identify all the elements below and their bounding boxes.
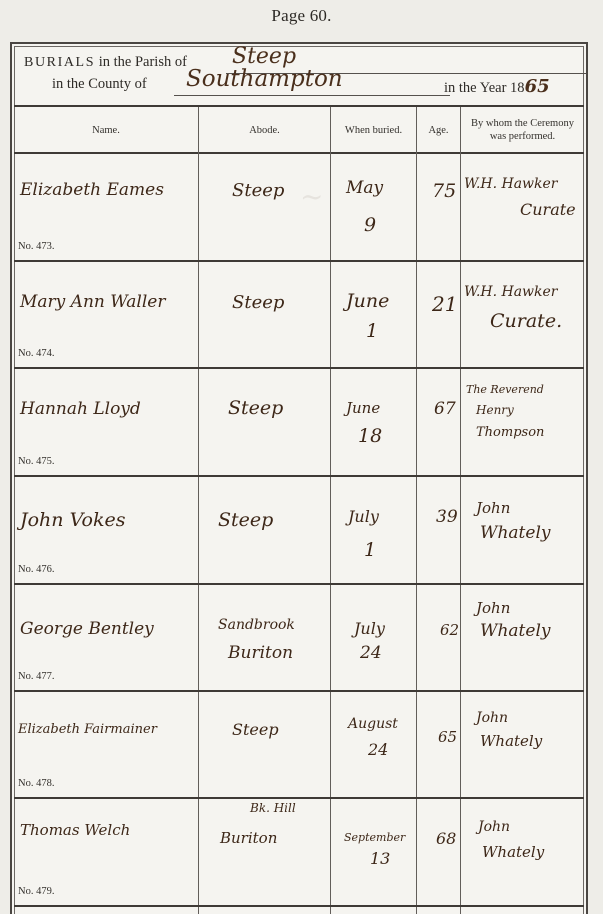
entry-abode: Steep xyxy=(232,180,284,201)
entry-officiant-line2: Whately xyxy=(480,621,551,641)
page-number: Page 60. xyxy=(0,6,603,26)
parish-line: BURIALS in the Parish of xyxy=(24,54,187,71)
entry-month: August xyxy=(348,716,398,732)
entry-number: No. 479. xyxy=(18,886,54,897)
county-fill-line xyxy=(174,95,450,96)
entry-age: 75 xyxy=(432,180,456,202)
column-header-when-buried: When buried. xyxy=(331,108,416,152)
entry-number: No. 474. xyxy=(18,348,54,359)
county-label: in the County of xyxy=(52,76,147,93)
entry-age: 21 xyxy=(432,292,457,316)
title-divider xyxy=(14,105,584,107)
entry-day: 18 xyxy=(358,425,382,447)
entry-abode: Steep xyxy=(232,292,284,313)
entry-name: Mary Ann Waller xyxy=(20,292,165,312)
entry-month: July xyxy=(354,619,385,638)
burial-entry-475: Hannah Lloyd No. 475. Steep June 18 67 T… xyxy=(14,369,584,475)
county-value: Southampton xyxy=(186,66,343,92)
entry-officiant-line1: John xyxy=(476,599,510,617)
year-value: 65 xyxy=(525,76,550,97)
entry-name: John Vokes xyxy=(20,509,126,531)
entry-abode: Steep xyxy=(218,509,273,531)
column-header-abode: Abode. xyxy=(199,108,330,152)
entry-officiant-line1: John xyxy=(476,499,510,517)
column-header-officiant: By whom the Ceremony was performed. xyxy=(461,108,584,152)
year-prefix: in the Year 18 xyxy=(444,80,525,96)
entry-officiant-line1: W.H. Hawker xyxy=(464,176,558,192)
entry-officiant-line2: Whately xyxy=(482,843,544,861)
entry-officiant-line2: Henry xyxy=(476,403,514,417)
entry-abode: Steep xyxy=(232,720,279,739)
entry-number: No. 476. xyxy=(18,564,54,575)
burial-entry-478: Elizabeth Fairmainer No. 478. Steep Augu… xyxy=(14,692,584,797)
entry-officiant-line1: John xyxy=(478,819,510,835)
entry-age: 65 xyxy=(438,728,457,746)
entry-name: Elizabeth Eames xyxy=(20,180,164,200)
entry-number: No. 477. xyxy=(18,671,54,682)
entry-abode: Buriton xyxy=(220,829,277,847)
entry-month: September xyxy=(344,831,405,844)
entry-age: 67 xyxy=(434,399,456,419)
entry-abode: Sandbrook xyxy=(218,617,295,633)
entry-age: 62 xyxy=(440,621,459,639)
row-divider xyxy=(14,905,584,907)
entry-abode: Steep xyxy=(228,397,283,419)
entry-abode-above: Bk. Hill xyxy=(250,801,296,815)
burial-entry-476: John Vokes No. 476. Steep July 1 39 John… xyxy=(14,477,584,583)
entry-name: Elizabeth Fairmainer xyxy=(18,722,157,737)
entry-number: No. 473. xyxy=(18,241,54,252)
entry-month: June xyxy=(346,290,389,312)
column-header-age: Age. xyxy=(417,108,460,152)
entry-month: June xyxy=(346,399,380,417)
entry-officiant-line1: John xyxy=(476,710,508,726)
entry-officiant-line3: Thompson xyxy=(476,425,544,440)
entry-month: July xyxy=(348,507,379,526)
entry-name: George Bentley xyxy=(20,619,154,639)
register-title: BURIALS in the Parish of Steep in the Co… xyxy=(14,46,584,106)
officiant-header-line2: was performed. xyxy=(490,130,555,143)
entry-day: 24 xyxy=(360,643,382,663)
entry-officiant-line2: Curate xyxy=(520,200,576,219)
entry-officiant-line1: W.H. Hawker xyxy=(464,284,558,300)
burial-entry-473: Elizabeth Eames No. 473. Steep May 9 75 … xyxy=(14,154,584,260)
entry-day: 1 xyxy=(366,320,378,342)
burials-heading: BURIALS xyxy=(24,55,95,70)
entry-day: 1 xyxy=(364,539,376,561)
entry-officiant-line2: Whately xyxy=(480,732,542,750)
entry-number: No. 478. xyxy=(18,778,54,789)
entry-abode-line2: Buriton xyxy=(228,643,293,663)
entry-month: May xyxy=(346,178,383,198)
entry-age: 39 xyxy=(436,507,458,527)
entry-number: No. 475. xyxy=(18,456,54,467)
entry-day: 9 xyxy=(364,214,376,236)
entry-name: Hannah Lloyd xyxy=(20,399,141,419)
entry-age: 68 xyxy=(436,829,456,848)
entry-name: Thomas Welch xyxy=(20,821,130,839)
burial-entry-477: George Bentley No. 477. Sandbrook Burito… xyxy=(14,585,584,690)
burial-entry-479: Thomas Welch No. 479. Bk. Hill Buriton S… xyxy=(14,799,584,905)
entry-day: 24 xyxy=(368,740,388,759)
burial-entry-474: Mary Ann Waller No. 474. Steep June 1 21… xyxy=(14,262,584,367)
parish-label: in the Parish of xyxy=(99,54,187,70)
officiant-header-line1: By whom the Ceremony xyxy=(471,117,574,130)
entry-day: 13 xyxy=(370,849,390,868)
entry-officiant-line2: Curate. xyxy=(490,310,562,332)
column-header-name: Name. xyxy=(14,108,198,152)
year-label: in the Year 1865 xyxy=(444,76,550,97)
entry-officiant-line2: Whately xyxy=(480,523,551,543)
entry-officiant-line1: The Reverend xyxy=(466,383,544,396)
